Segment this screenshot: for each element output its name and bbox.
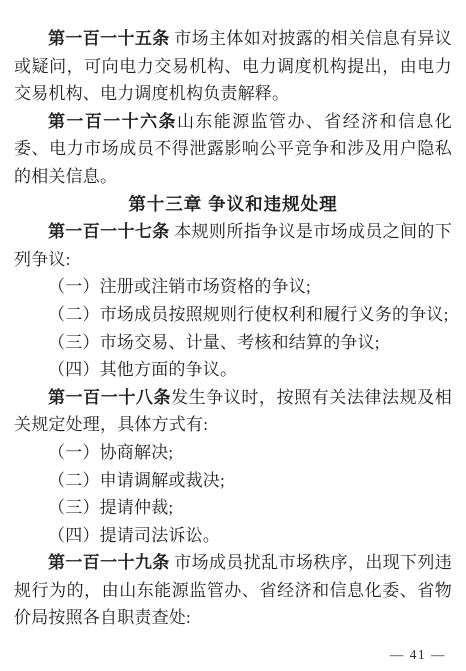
list-item-2: （二）市场成员按照规则行使权利和履行义务的争议; (14, 301, 452, 329)
list-item-3: （三）提请仲裁; (14, 494, 452, 522)
article-paragraph-116: 第一百一十六条山东能源监管办、省经济和信息化委、电力市场成员不得泄露影响公平竞争… (14, 108, 452, 191)
list-item-1: （一）注册或注销市场资格的争议; (14, 273, 452, 301)
list-item-2: （二）申请调解或裁决; (14, 467, 452, 495)
list-item-3: （三）市场交易、计量、考核和结算的争议; (14, 329, 452, 357)
article-paragraph-117: 第一百一十七条 本规则所指争议是市场成员之间的下列争议: (14, 218, 452, 273)
article-paragraph-119: 第一百一十九条 市场成员扰乱市场秩序，出现下列违规行为的，由山东能源监管办、省经… (14, 549, 452, 632)
article-number: 第一百一十九条 (48, 553, 170, 572)
article-number: 第一百一十七条 (48, 222, 170, 241)
article-number: 第一百一十六条 (48, 112, 177, 131)
page-number: — 41 — (390, 647, 446, 663)
article-paragraph-115: 第一百一十五条 市场主体如对披露的相关信息有异议或疑问，可向电力交易机构、电力调… (14, 25, 452, 108)
chapter-heading: 第十三章 争议和违规处理 (14, 191, 452, 219)
list-item-4: （四）其他方面的争议。 (14, 356, 452, 384)
article-number: 第一百一十五条 (48, 29, 170, 48)
document-page: 第一百一十五条 市场主体如对披露的相关信息有异议或疑问，可向电力交易机构、电力调… (0, 0, 466, 671)
list-item-4: （四）提请司法诉讼。 (14, 522, 452, 550)
article-paragraph-118: 第一百一十八条发生争议时，按照有关法律法规及相关规定处理，具体方式有: (14, 384, 452, 439)
list-item-1: （一）协商解决; (14, 439, 452, 467)
article-number: 第一百一十八条 (48, 388, 171, 407)
